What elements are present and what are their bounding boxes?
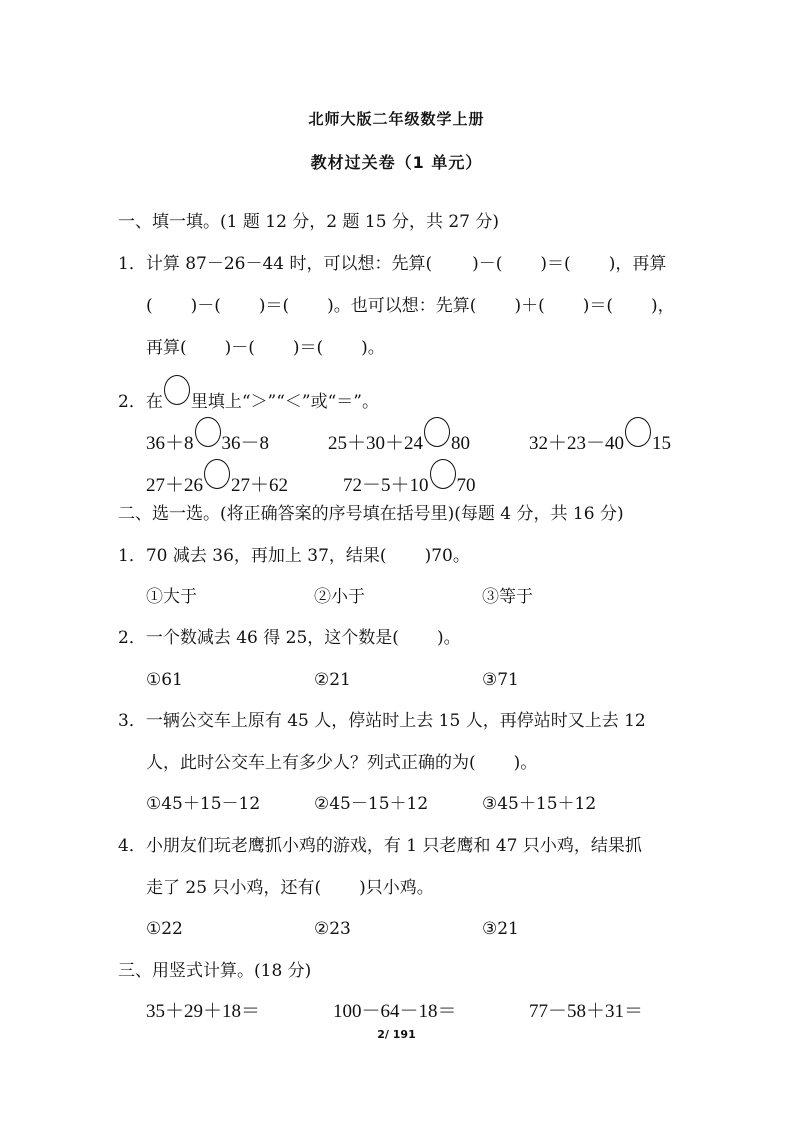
section1-heading: 一、填一填。(1 题 12 分，2 题 15 分，共 27 分) bbox=[118, 211, 499, 233]
vertical-calc-expression: 35＋29＋18＝ bbox=[146, 1001, 260, 1023]
comparison-item: 27＋2627＋62 bbox=[146, 467, 288, 497]
section2-q1: 1．70 减去 36，再加上 37，结果()70。 bbox=[118, 545, 470, 567]
q1-text: )－( bbox=[191, 296, 221, 316]
section2-q2: 2．一个数减去 46 得 25，这个数是()。 bbox=[118, 627, 461, 649]
q1-text: )＝( bbox=[259, 296, 289, 316]
comparison-right: 36－8 bbox=[222, 433, 270, 454]
comparison-left: 36＋8 bbox=[146, 433, 194, 454]
comparison-right: 70 bbox=[457, 475, 476, 496]
option-2: ②45－15＋12 bbox=[314, 793, 428, 815]
document-subtitle: 教材过关卷（1 单元） bbox=[0, 150, 793, 173]
circle-icon bbox=[164, 375, 190, 405]
vertical-calc-expression: 77－58＋31＝ bbox=[529, 1001, 643, 1023]
section1-q1-line1: 1．计算 87－26－44 时，可以想：先算()－()＝()，再算 bbox=[118, 253, 666, 275]
comparison-right: 80 bbox=[451, 433, 470, 454]
comparison-circle-input[interactable] bbox=[625, 417, 651, 447]
document-title: 北师大版二年级数学上册 bbox=[0, 108, 793, 129]
comparison-right: 15 bbox=[652, 433, 671, 454]
comparison-left: 72－5＋10 bbox=[343, 475, 429, 496]
option-2: ②小于 bbox=[314, 586, 365, 608]
q1-text: 1．计算 87－26－44 时，可以想：先算( bbox=[118, 254, 432, 274]
option-2: ②23 bbox=[314, 918, 351, 940]
comparison-circle-input[interactable] bbox=[430, 459, 456, 489]
q1-text: )＝( bbox=[583, 296, 613, 316]
question-text: )。 bbox=[514, 753, 538, 773]
q1-text: )，再算 bbox=[609, 254, 667, 274]
option-2: ②21 bbox=[314, 669, 351, 691]
section2-q3-line2: 人，此时公交车上有多少人？列式正确的为()。 bbox=[146, 752, 537, 774]
page-number: 2/ 191 bbox=[0, 1028, 793, 1041]
q2-text: 里填上“＞”“＜”或“＝”。 bbox=[191, 392, 379, 412]
option-3: ③21 bbox=[482, 918, 519, 940]
option-1: ①大于 bbox=[146, 586, 197, 608]
comparison-circle-input[interactable] bbox=[424, 417, 450, 447]
option-1: ①61 bbox=[146, 669, 183, 691]
question-text: )只小鸡。 bbox=[359, 878, 434, 898]
q1-text: 再算( bbox=[146, 338, 187, 358]
q1-text: )。 bbox=[361, 338, 385, 358]
q1-text: )＋( bbox=[514, 296, 544, 316]
question-text: )70。 bbox=[425, 546, 470, 566]
option-3: ③45＋15＋12 bbox=[482, 793, 596, 815]
option-3: ③71 bbox=[482, 669, 519, 691]
q2-text: 2．在 bbox=[118, 392, 163, 412]
question-text: 人，此时公交车上有多少人？列式正确的为( bbox=[146, 753, 476, 773]
comparison-left: 32＋23－40 bbox=[529, 433, 624, 454]
comparison-right: 27＋62 bbox=[231, 475, 288, 496]
q1-text: ( bbox=[146, 296, 153, 316]
question-text: 1．70 减去 36，再加上 37，结果( bbox=[118, 546, 387, 566]
q1-text: )＝( bbox=[540, 254, 570, 274]
comparison-circle-input[interactable] bbox=[204, 459, 230, 489]
section3-heading: 三、用竖式计算。(18 分) bbox=[118, 960, 311, 982]
comparison-item: 32＋23－4015 bbox=[529, 425, 671, 455]
section2-q3-line1: 3．一辆公交车上原有 45 人，停站时上去 15 人，再停站时又上去 12 bbox=[118, 710, 646, 732]
vertical-calc-expression: 100－64－18＝ bbox=[333, 1001, 457, 1023]
q1-text: )。也可以想：先算( bbox=[327, 296, 476, 316]
q1-text: )－( bbox=[225, 338, 255, 358]
section2-q4-line2: 走了 25 只小鸡，还有()只小鸡。 bbox=[146, 877, 434, 899]
section1-q1-line2: ()－()＝()。也可以想：先算()＋()＝()， bbox=[146, 295, 675, 317]
question-text: )。 bbox=[437, 628, 461, 648]
section1-q2-instruction: 2．在里填上“＞”“＜”或“＝”。 bbox=[118, 383, 379, 413]
section2-q4-line1: 4．小朋友们玩老鹰抓小鸡的游戏，有 1 只老鹰和 47 只小鸡，结果抓 bbox=[118, 835, 642, 857]
section1-q1-line3: 再算()－()＝()。 bbox=[146, 337, 385, 359]
question-text: 2．一个数减去 46 得 25，这个数是( bbox=[118, 628, 399, 648]
comparison-circle-input[interactable] bbox=[195, 417, 221, 447]
q1-text: )－( bbox=[472, 254, 502, 274]
comparison-left: 25＋30＋24 bbox=[328, 433, 423, 454]
comparison-item: 25＋30＋2480 bbox=[328, 425, 470, 455]
option-1: ①45＋15－12 bbox=[146, 793, 260, 815]
q1-text: )＝( bbox=[293, 338, 323, 358]
comparison-item: 72－5＋1070 bbox=[343, 467, 476, 497]
comparison-left: 27＋26 bbox=[146, 475, 203, 496]
option-3: ③等于 bbox=[482, 586, 533, 608]
question-text: 走了 25 只小鸡，还有( bbox=[146, 878, 321, 898]
q1-text: )， bbox=[651, 296, 675, 316]
comparison-item: 36＋836－8 bbox=[146, 425, 269, 455]
option-1: ①22 bbox=[146, 918, 183, 940]
section2-heading: 二、选一选。(将正确答案的序号填在括号里)(每题 4 分，共 16 分) bbox=[118, 503, 624, 525]
